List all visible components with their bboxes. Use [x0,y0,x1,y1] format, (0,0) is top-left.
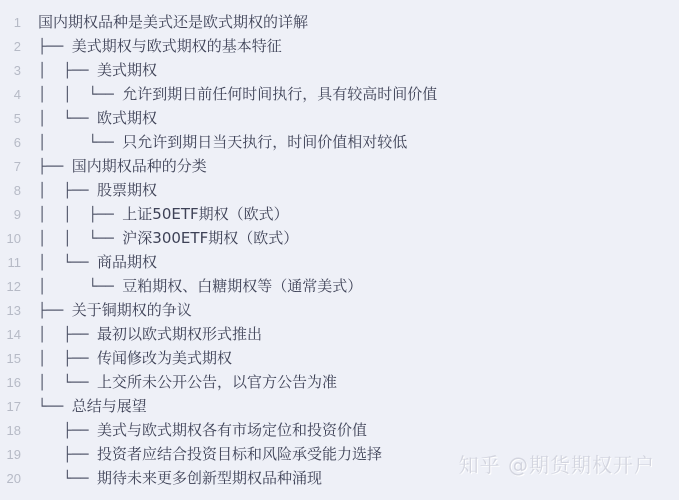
tree-line: 12 │ └── 豆粕期权、白糖期权等（通常美式） [0,274,679,298]
tree-branch-prefix: ├── [38,159,72,175]
line-content: │ └── 豆粕期权、白糖期权等（通常美式） [38,274,362,299]
line-content: ├── 投资者应结合投资目标和风险承受能力选择 [38,442,382,467]
line-text: 国内期权品种是美式还是欧式期权的详解 [38,13,308,31]
line-text: 期待未来更多创新型期权品种涌现 [97,469,322,487]
tree-line: 6 │ └── 只允许到期日当天执行，时间价值相对较低 [0,130,679,154]
line-text: 股票期权 [97,181,157,199]
tree-line: 17 └── 总结与展望 [0,394,679,418]
line-text: 美式与欧式期权各有市场定位和投资价值 [97,421,367,439]
tree-line-list: 1 国内期权品种是美式还是欧式期权的详解 2 ├── 美式期权与欧式期权的基本特… [0,10,679,490]
tree-branch-prefix: ├── [38,423,97,439]
tree-line: 9 │ │ ├── 上证50ETF期权（欧式） [0,202,679,226]
tree-branch-prefix: └── [38,471,97,487]
line-number: 7 [0,155,21,179]
line-number: 16 [0,371,21,395]
line-text: 豆粕期权、白糖期权等（通常美式） [122,277,362,295]
tree-document: 1 国内期权品种是美式还是欧式期权的详解 2 ├── 美式期权与欧式期权的基本特… [0,0,679,500]
tree-branch-prefix: │ │ ├── [38,207,122,223]
line-content: │ └── 只允许到期日当天执行，时间价值相对较低 [38,130,407,155]
line-text: 传闻修改为美式期权 [97,349,232,367]
line-content: │ │ ├── 上证50ETF期权（欧式） [38,202,289,227]
tree-line: 14 │ ├── 最初以欧式期权形式推出 [0,322,679,346]
tree-line: 1 国内期权品种是美式还是欧式期权的详解 [0,10,679,34]
line-content: │ └── 商品期权 [38,250,157,275]
tree-branch-prefix: │ └── [38,135,122,151]
line-content: ├── 关于铜期权的争议 [38,298,192,323]
line-content: │ ├── 美式期权 [38,58,157,83]
line-number: 12 [0,275,21,299]
line-text: 商品期权 [97,253,157,271]
tree-line: 11 │ └── 商品期权 [0,250,679,274]
tree-branch-prefix: │ └── [38,111,97,127]
tree-branch-prefix: │ ├── [38,183,97,199]
tree-line: 5 │ └── 欧式期权 [0,106,679,130]
line-text: 上证50ETF期权（欧式） [122,205,288,223]
line-text: 总结与展望 [72,397,147,415]
tree-line: 18 ├── 美式与欧式期权各有市场定位和投资价值 [0,418,679,442]
line-content: │ │ └── 沪深300ETF期权（欧式） [38,226,298,251]
tree-branch-prefix: ├── [38,39,72,55]
tree-line: 13 ├── 关于铜期权的争议 [0,298,679,322]
line-content: ├── 国内期权品种的分类 [38,154,207,179]
page: { "document": { "title": "国内期权品种是美式还是欧式期… [0,0,679,500]
tree-line: 4 │ │ └── 允许到期日前任何时间执行，具有较高时间价值 [0,82,679,106]
line-number: 14 [0,323,21,347]
line-number: 9 [0,203,21,227]
line-content: ├── 美式与欧式期权各有市场定位和投资价值 [38,418,367,443]
line-number: 2 [0,35,21,59]
tree-line: 3 │ ├── 美式期权 [0,58,679,82]
line-text: 美式期权 [97,61,157,79]
line-number: 17 [0,395,21,419]
line-number: 5 [0,107,21,131]
line-content: │ ├── 股票期权 [38,178,157,203]
line-content: │ └── 欧式期权 [38,106,157,131]
line-number: 10 [0,227,21,251]
line-text: 只允许到期日当天执行，时间价值相对较低 [122,133,407,151]
line-number: 20 [0,467,21,491]
line-content: ├── 美式期权与欧式期权的基本特征 [38,34,282,59]
tree-branch-prefix: │ ├── [38,351,97,367]
line-text: 投资者应结合投资目标和风险承受能力选择 [97,445,382,463]
line-number: 6 [0,131,21,155]
tree-branch-prefix: │ ├── [38,327,97,343]
line-text: 最初以欧式期权形式推出 [97,325,262,343]
line-number: 13 [0,299,21,323]
line-text: 沪深300ETF期权（欧式） [122,229,298,247]
line-content: │ └── 上交所未公开公告，以官方公告为准 [38,370,337,395]
line-number: 18 [0,419,21,443]
line-text: 欧式期权 [97,109,157,127]
line-text: 允许到期日前任何时间执行，具有较高时间价值 [122,85,437,103]
line-number: 15 [0,347,21,371]
tree-branch-prefix: │ │ └── [38,231,122,247]
tree-line: 7 ├── 国内期权品种的分类 [0,154,679,178]
line-number: 3 [0,59,21,83]
line-number: 8 [0,179,21,203]
line-content: └── 总结与展望 [38,394,147,419]
line-number: 19 [0,443,21,467]
tree-branch-prefix: └── [38,399,72,415]
tree-branch-prefix: ├── [38,303,72,319]
line-number: 1 [0,11,21,35]
tree-line: 8 │ ├── 股票期权 [0,178,679,202]
line-text: 国内期权品种的分类 [72,157,207,175]
line-content: │ ├── 传闻修改为美式期权 [38,346,232,371]
zhihu-watermark: 知乎 @期货期权开户 [459,449,655,478]
tree-branch-prefix: │ ├── [38,63,97,79]
tree-branch-prefix: │ │ └── [38,87,122,103]
tree-branch-prefix: ├── [38,447,97,463]
tree-line: 10 │ │ └── 沪深300ETF期权（欧式） [0,226,679,250]
tree-line: 2 ├── 美式期权与欧式期权的基本特征 [0,34,679,58]
line-content: 国内期权品种是美式还是欧式期权的详解 [38,10,308,35]
tree-line: 15 │ ├── 传闻修改为美式期权 [0,346,679,370]
line-text: 上交所未公开公告，以官方公告为准 [97,373,337,391]
line-number: 11 [0,251,21,275]
tree-branch-prefix: │ └── [38,279,122,295]
line-text: 关于铜期权的争议 [72,301,192,319]
line-content: │ ├── 最初以欧式期权形式推出 [38,322,262,347]
line-number: 4 [0,83,21,107]
tree-line: 16 │ └── 上交所未公开公告，以官方公告为准 [0,370,679,394]
line-content: └── 期待未来更多创新型期权品种涌现 [38,466,322,491]
tree-branch-prefix: │ └── [38,255,97,271]
tree-branch-prefix: │ └── [38,375,97,391]
line-content: │ │ └── 允许到期日前任何时间执行，具有较高时间价值 [38,82,437,107]
line-text: 美式期权与欧式期权的基本特征 [72,37,282,55]
